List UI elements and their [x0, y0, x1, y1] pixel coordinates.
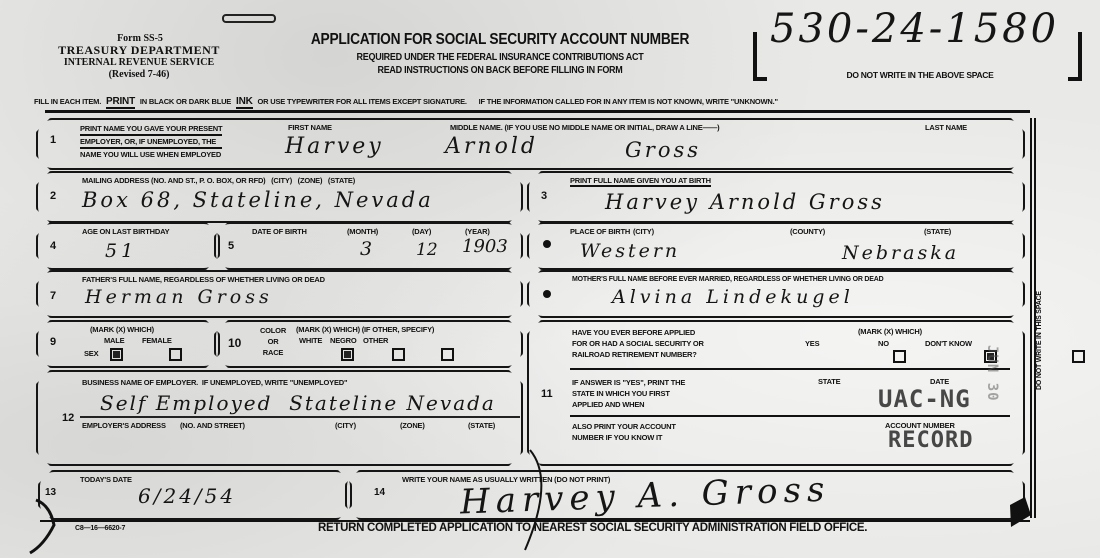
pen-marks: [0, 0, 1100, 558]
